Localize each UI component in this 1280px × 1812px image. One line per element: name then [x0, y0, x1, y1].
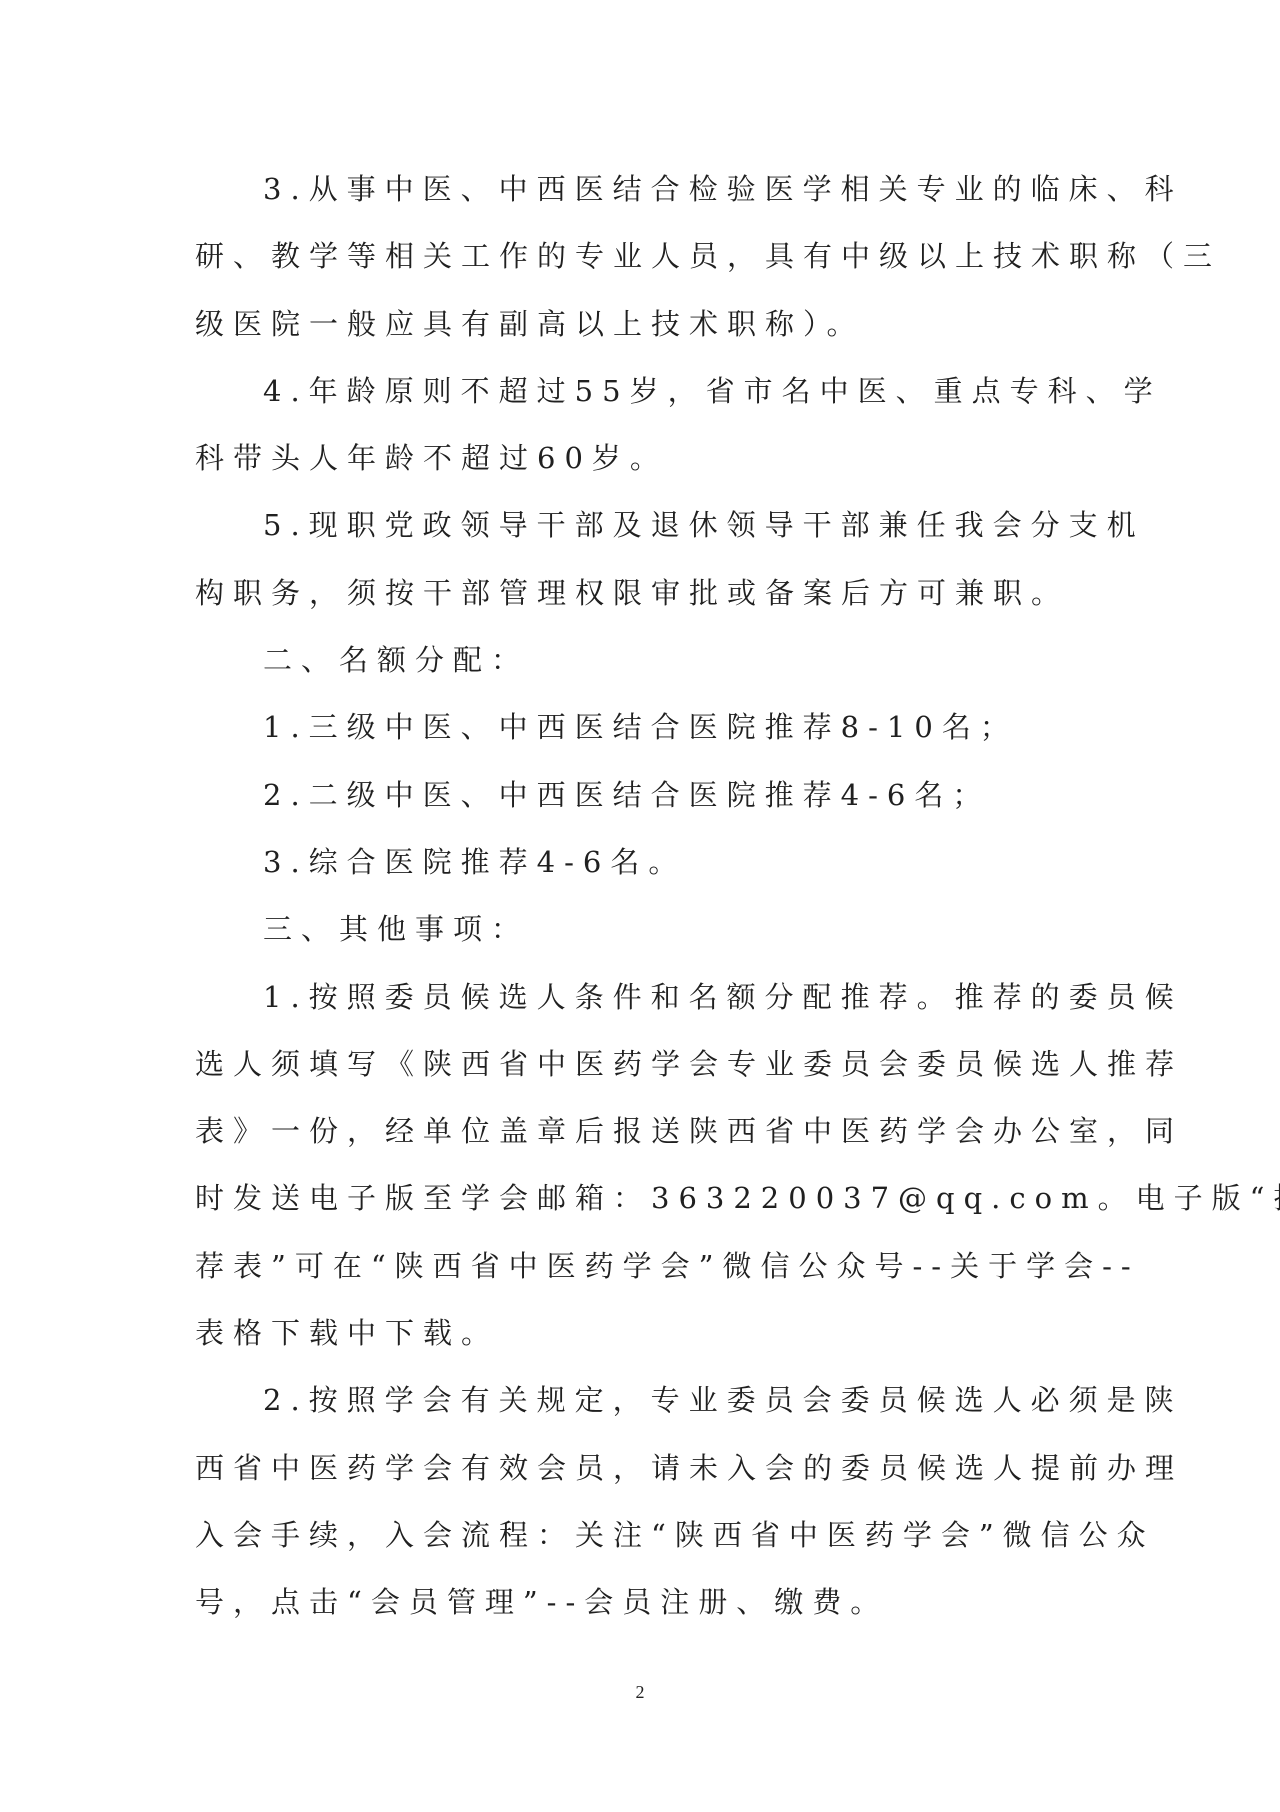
text-line: 1.三级中医、中西医结合医院推荐8-10名； [195, 694, 1095, 761]
text-line: 构职务，须按干部管理权限审批或备案后方可兼职。 [195, 560, 1095, 627]
text-line: 表》一份，经单位盖章后报送陕西省中医药学会办公室，同 [195, 1098, 1095, 1165]
text-line-email: 时发送电子版至学会邮箱：363220037@qq.com。电子版“推 [195, 1165, 1095, 1232]
text-line: 西省中医药学会有效会员，请未入会的委员候选人提前办理 [195, 1435, 1095, 1502]
document-body: 3.从事中医、中西医结合检验医学相关专业的临床、科 研、教学等相关工作的专业人员… [195, 156, 1095, 1637]
text-line: 入会手续，入会流程：关注“陕西省中医药学会”微信公众 [195, 1502, 1095, 1569]
text-line: 2.二级中医、中西医结合医院推荐4-6名； [195, 762, 1095, 829]
document-page: 3.从事中医、中西医结合检验医学相关专业的临床、科 研、教学等相关工作的专业人员… [0, 0, 1280, 1812]
text-line: 荐表”可在“陕西省中医药学会”微信公众号--关于学会-- [195, 1233, 1095, 1300]
text-line: 3.从事中医、中西医结合检验医学相关专业的临床、科 [195, 156, 1095, 223]
text-line: 1.按照委员候选人条件和名额分配推荐。推荐的委员候 [195, 964, 1095, 1031]
text-line: 4.年龄原则不超过55岁，省市名中医、重点专科、学 [195, 358, 1095, 425]
text-line: 3.综合医院推荐4-6名。 [195, 829, 1095, 896]
page-number: 2 [0, 1682, 1280, 1703]
text-line: 选人须填写《陕西省中医药学会专业委员会委员候选人推荐 [195, 1031, 1095, 1098]
text-line: 5.现职党政领导干部及退休领导干部兼任我会分支机 [195, 492, 1095, 559]
text-line: 科带头人年龄不超过60岁。 [195, 425, 1095, 492]
text-line: 级医院一般应具有副高以上技术职称）。 [195, 291, 1095, 358]
text-line: 表格下载中下载。 [195, 1300, 1095, 1367]
section-heading-other-matters: 三、其他事项： [195, 896, 1095, 963]
text-line: 号，点击“会员管理”--会员注册、缴费。 [195, 1569, 1095, 1636]
text-line: 2.按照学会有关规定，专业委员会委员候选人必须是陕 [195, 1367, 1095, 1434]
section-heading-quota: 二、名额分配： [195, 627, 1095, 694]
text-line: 研、教学等相关工作的专业人员，具有中级以上技术职称（三 [195, 223, 1095, 290]
